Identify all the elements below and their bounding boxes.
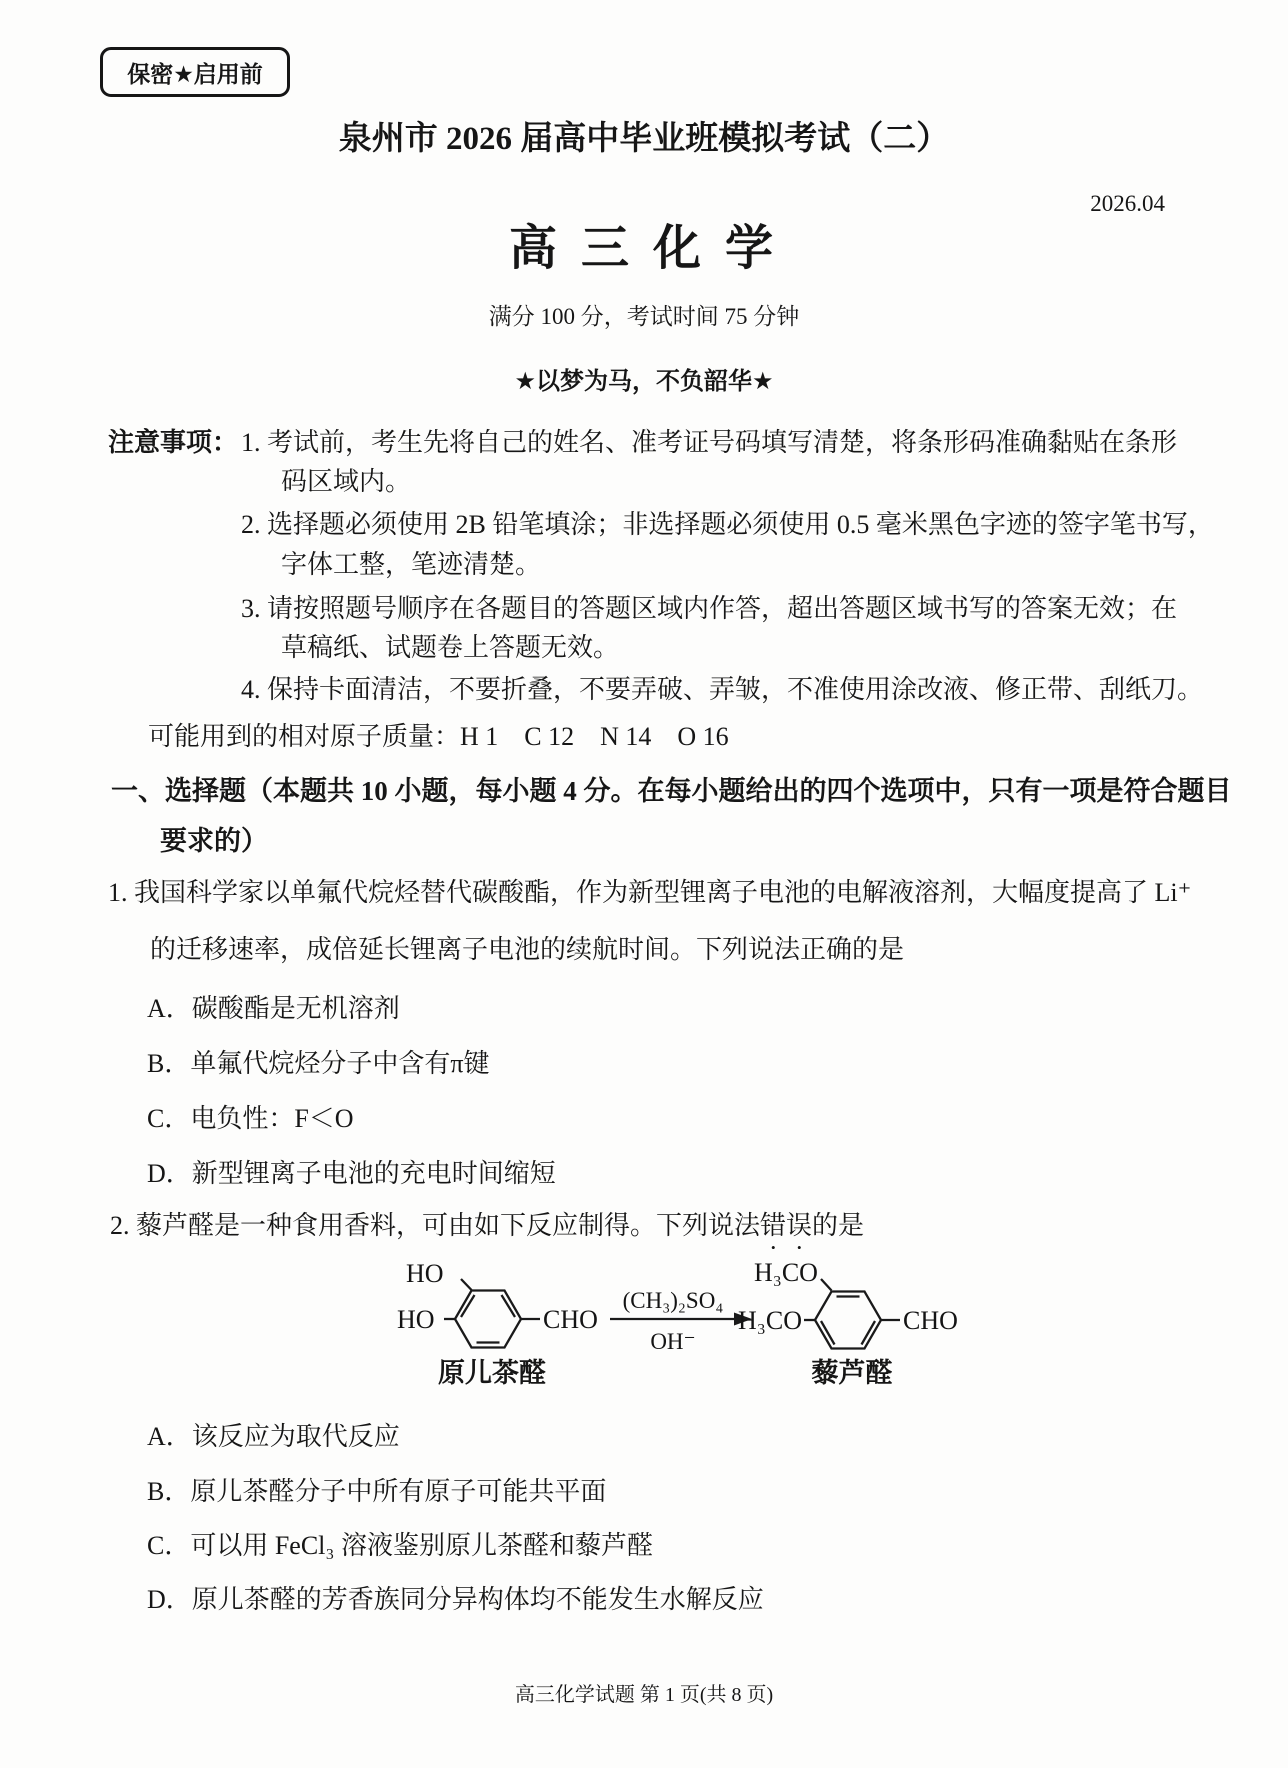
secrecy-stamp: 保密★启用前: [100, 47, 290, 97]
q2-stem-emphasis: 错误: [760, 1211, 812, 1240]
product-name-label: 藜芦醛: [752, 1358, 952, 1389]
motto-line: ★以梦为马，不负韶华★: [99, 368, 1189, 396]
subject-title: 高 三 化 学: [99, 221, 1189, 276]
notice-item-3: 3. 请按照题号顺序在各题目的答题区域内作答，超出答题区域书写的答案无效；在: [241, 594, 1177, 624]
exam-paper-page: 保密★启用前 泉州市 2026 届高中毕业班模拟考试（二） 2026.04 高 …: [0, 0, 1288, 1768]
product-left-group: H₃CO: [738, 1306, 802, 1335]
notice-item-1: 1. 考试前，考生先将自己的姓名、准考证号码填写清楚，将条形码准确黏贴在条形: [241, 428, 1177, 458]
q2-option-a: A．该反应为取代反应: [147, 1422, 400, 1452]
q1-option-d: D．新型锂离子电池的充电时间缩短: [147, 1159, 556, 1189]
notice-label: 注意事项：: [108, 428, 238, 458]
reactant-left-group: HO: [397, 1305, 435, 1334]
page-footer: 高三化学试题 第 1 页(共 8 页): [99, 1684, 1189, 1707]
notice-item-2: 2. 选择题必须使用 2B 铅笔填涂；非选择题必须使用 0.5 毫米黑色字迹的签…: [241, 510, 1214, 540]
q1-option-c: C．电负性：F＜O: [147, 1104, 354, 1134]
q1-stem-line2: 的迁移速率，成倍延长锂离子电池的续航时间。下列说法正确的是: [150, 935, 904, 965]
product-top-group: H₃CO: [754, 1258, 818, 1287]
q1-option-b: B．单氟代烷烃分子中含有π键: [147, 1049, 489, 1079]
secrecy-label: 保密★启用前: [127, 56, 263, 89]
notice-item-2-cont: 字体工整，笔迹清楚。: [281, 550, 541, 580]
q2-option-d: D．原儿茶醛的芳香族同分异构体均不能发生水解反应: [147, 1585, 764, 1615]
product-right-group: CHO: [903, 1306, 958, 1335]
section-1-heading: 一、选择题（本题共 10 小题，每小题 4 分。在每小题给出的四个选项中，只有一…: [111, 776, 1232, 807]
section-1-heading-cont: 要求的）: [160, 826, 268, 857]
reactant-top-group: HO: [406, 1259, 444, 1288]
atomic-mass-line: 可能用到的相对原子质量：H 1 C 12 N 14 O 16: [148, 722, 729, 752]
q1-stem-line1: 1. 我国科学家以单氟代烷烃替代碳酸酯，作为新型锂离子电池的电解液溶剂，大幅度提…: [108, 878, 1191, 908]
notice-item-1-cont: 码区域内。: [281, 467, 411, 497]
notice-item-3-cont: 草稿纸、试题卷上答题无效。: [281, 633, 619, 663]
product-benzene-ring: [804, 1279, 900, 1349]
exam-title: 泉州市 2026 届高中毕业班模拟考试（二）: [99, 121, 1189, 159]
q2-option-b: B．原儿茶醛分子中所有原子可能共平面: [147, 1477, 606, 1507]
reaction-arrow: [610, 1313, 752, 1326]
q1-option-a: A．碳酸酯是无机溶剂: [147, 994, 400, 1024]
q2-stem-pre: 2. 藜芦醛是一种食用香料，可由如下反应制得。下列说法: [110, 1211, 760, 1240]
q2-option-c: C．可以用 FeCl₃ 溶液鉴别原儿茶醛和藜芦醛: [147, 1531, 653, 1561]
notice-item-4: 4. 保持卡面清洁，不要折叠，不要弄破、弄皱，不准使用涂改液、修正带、刮纸刀。: [241, 675, 1203, 705]
reactant-name-label: 原儿茶醛: [392, 1358, 592, 1389]
exam-date: 2026.04: [965, 191, 1165, 217]
reagent-above-arrow: (CH₃)₂SO₄: [623, 1288, 724, 1313]
score-duration-line: 满分 100 分，考试时间 75 分钟: [99, 304, 1189, 330]
reactant-right-group: CHO: [543, 1305, 598, 1334]
q2-stem-post: 的是: [812, 1211, 864, 1240]
reagent-below-arrow: OH⁻: [650, 1329, 695, 1354]
reactant-benzene-ring: [444, 1279, 540, 1348]
